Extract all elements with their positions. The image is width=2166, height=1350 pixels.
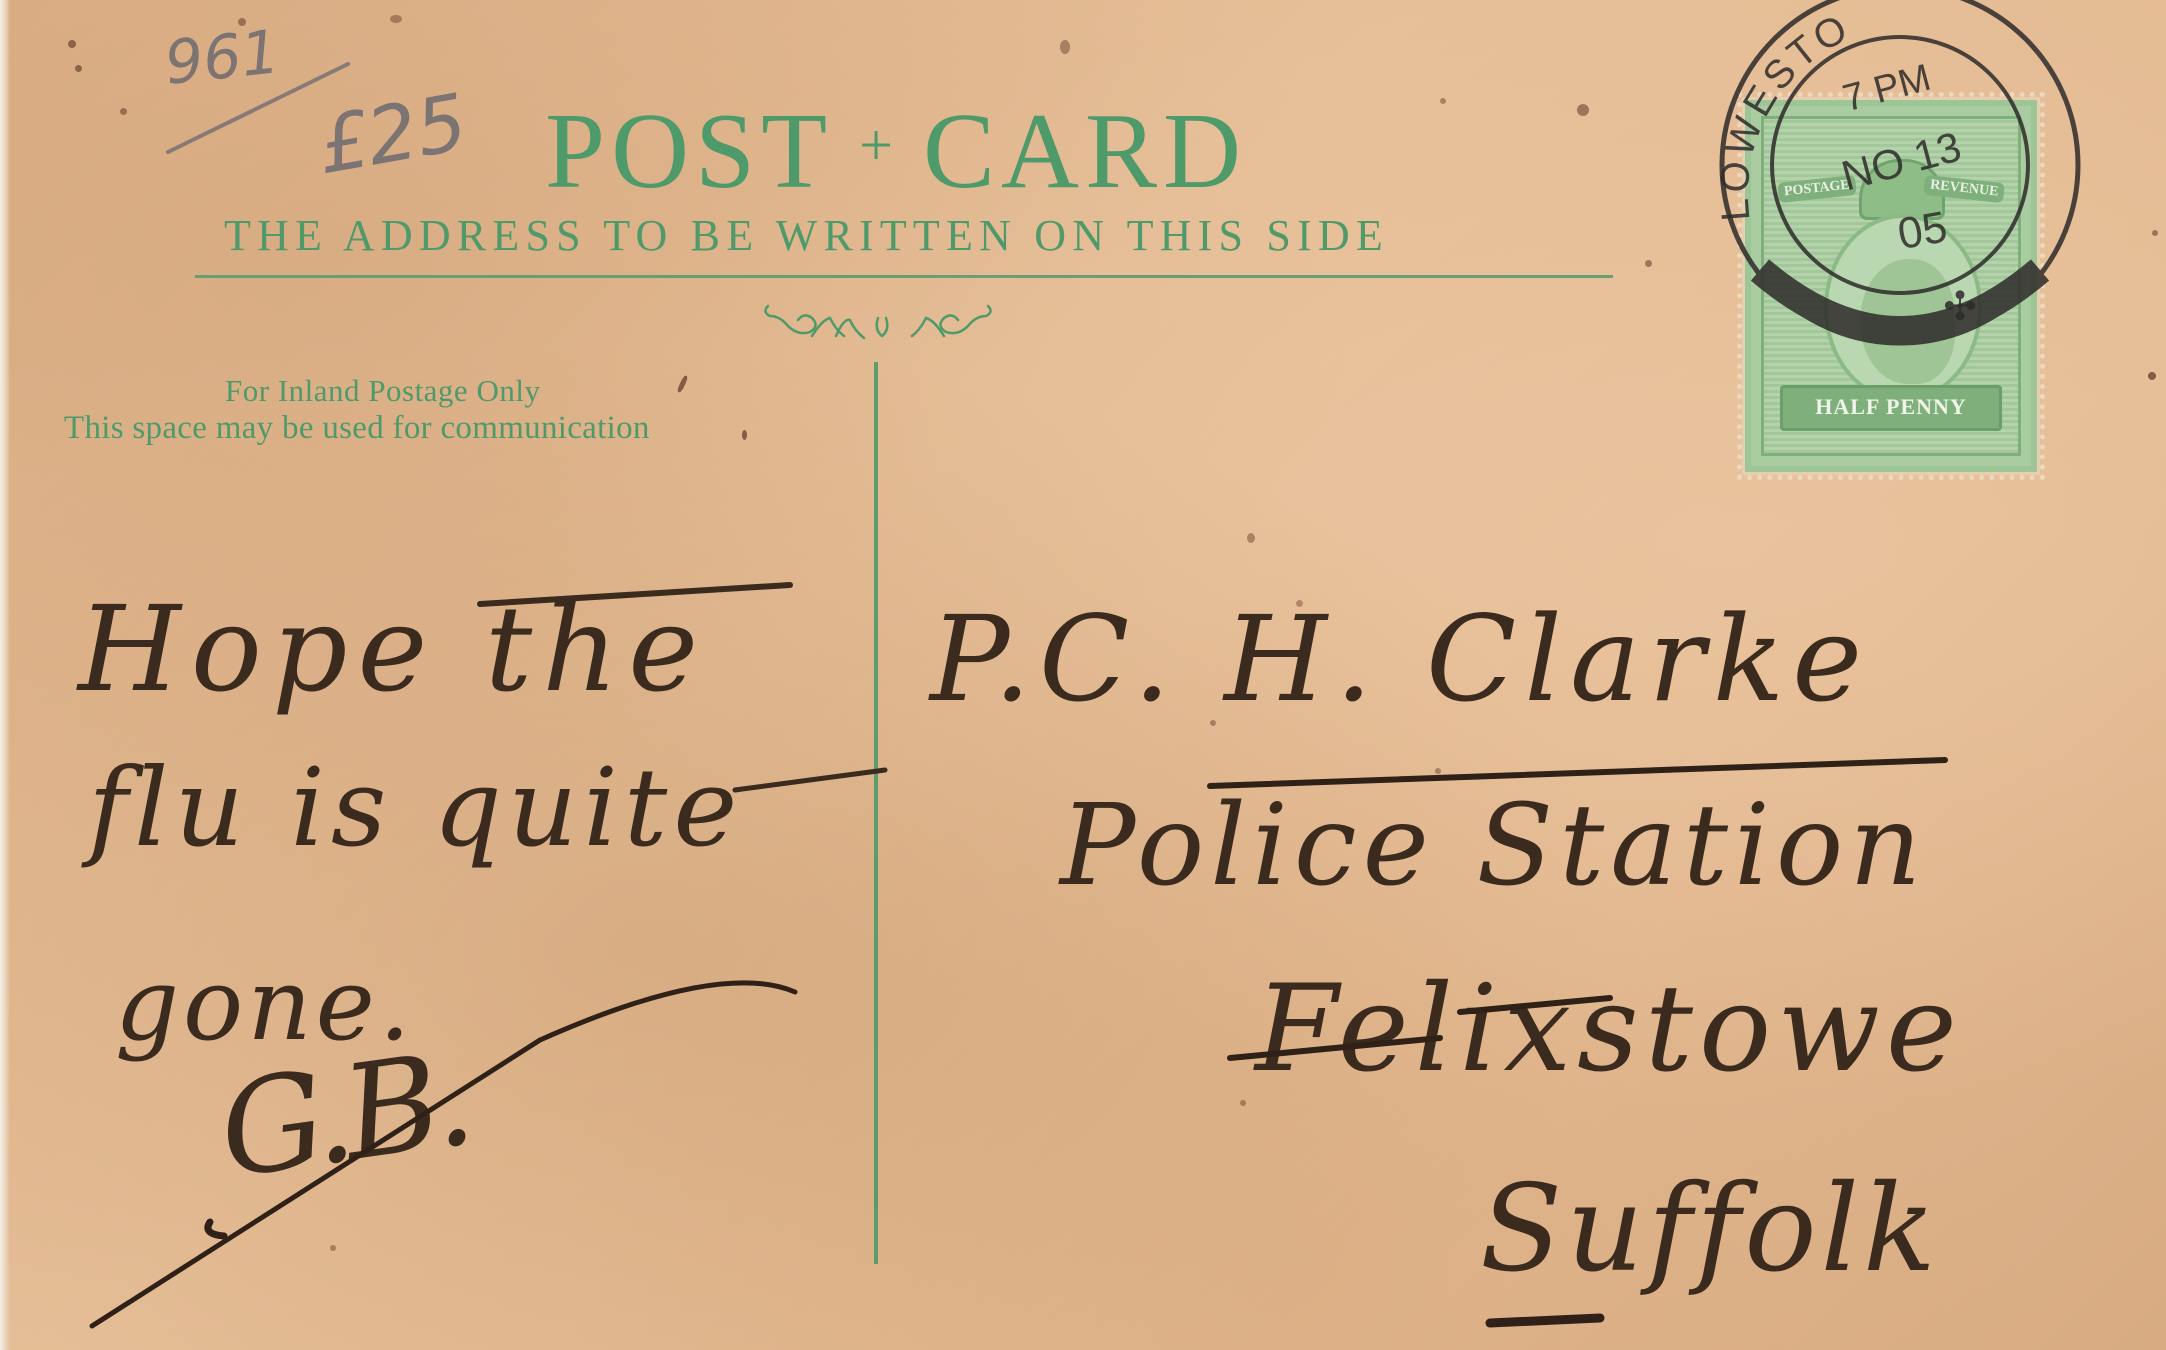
foxing-spot [75,65,82,72]
address-line: P.C. H. Clarke [930,600,1870,718]
foxing-spot [1060,40,1070,54]
stamp-value: HALF PENNY [1780,385,2002,431]
foxing-spot [1440,98,1446,104]
title-card: CARD [923,92,1247,211]
stamp-label-postage: POSTAGE [1777,175,1857,203]
address-instruction: THE ADDRESS TO BE WRITTEN ON THIS SIDE [224,214,1389,258]
foxing-spot [120,108,127,115]
header-rule [195,275,1613,278]
price-note: £25 [312,84,472,187]
foxing-spot [1240,1100,1246,1106]
message-line: flu is quite [88,755,743,863]
foxing-spot [2152,230,2158,236]
title-cross: + [859,112,899,178]
foxing-spot [1577,104,1589,116]
king-edward-vii-portrait-icon [1860,259,1955,384]
address-line: Suffolk [1480,1170,1940,1290]
postcard-title: POST+CARD [545,98,1247,206]
card-edge [0,0,10,1350]
signature: G.B. [212,1034,473,1197]
postage-stamp: POSTAGE REVENUE HALF PENNY [1745,100,2037,472]
address-line: Felixstowe [1255,970,1963,1090]
stamp-frame: POSTAGE REVENUE HALF PENNY [1761,116,2021,456]
foxing-spot [742,430,747,440]
title-post: POST [545,92,833,211]
foxing-spot [2148,372,2156,380]
foxing-spot [1435,768,1441,774]
communication-notice: This space may be used for communication [64,410,650,447]
foxing-spot [676,375,688,393]
foxing-spot [1645,260,1652,267]
foxing-spot [330,1245,336,1251]
address-line: Police Station [1060,790,1927,902]
foxing-spot [68,40,76,48]
message-line: Hope the [78,590,708,708]
center-divider [874,362,878,1264]
foxing-spot [390,15,402,23]
postcard-back: POST+CARD THE ADDRESS TO BE WRITTEN ON T… [0,0,2166,1350]
inland-notice: For Inland Postage Only [225,373,540,409]
catalog-number: 961 [162,22,282,94]
foxing-spot [1247,533,1255,543]
